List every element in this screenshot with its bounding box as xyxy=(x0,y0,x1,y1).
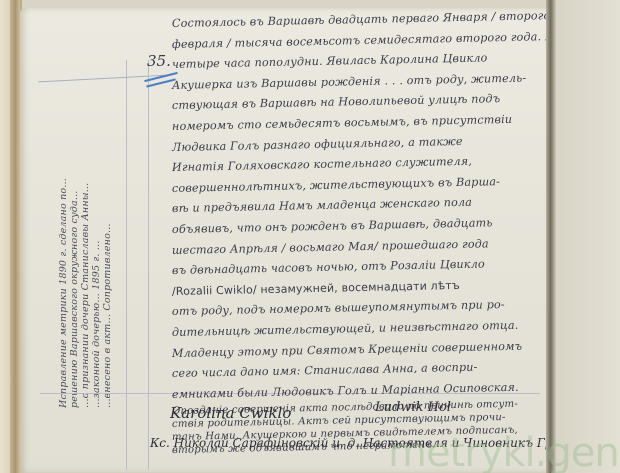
signature-witness: Ludwik Hoł xyxy=(375,400,451,415)
margin-note-line: ...внесено в акт... Сопротивлено... xyxy=(102,68,113,408)
entry-number: 35. xyxy=(147,52,171,70)
page-gutter xyxy=(546,0,556,473)
register-page: Исправление метрики 1890 г. сделано по..… xyxy=(20,8,550,473)
margin-note: Исправление метрики 1890 г. сделано по..… xyxy=(58,68,150,408)
margin-column: Исправление метрики 1890 г. сделано по..… xyxy=(58,68,150,408)
margin-note-line: Исправление метрики 1890 г. сделано по..… xyxy=(58,68,69,408)
margin-note-line: ...законной дочерью... 1895 г. ... xyxy=(91,68,102,408)
margin-ruling-right xyxy=(148,60,149,470)
entry-body: Состоялось въ Варшавѣ двадцать перваго Я… xyxy=(172,14,567,457)
watermark: metryki.geneo xyxy=(388,430,620,473)
margin-note-line: ...о признании дочери Станиславы Анны... xyxy=(80,68,91,408)
margin-ruling-left xyxy=(126,60,127,470)
signature-midwife: Karolina Cwiklo xyxy=(170,404,291,422)
facing-page xyxy=(556,0,620,473)
margin-note-line: решению Варшавского окружного суда... xyxy=(69,68,80,408)
book-spine-left xyxy=(10,0,20,473)
